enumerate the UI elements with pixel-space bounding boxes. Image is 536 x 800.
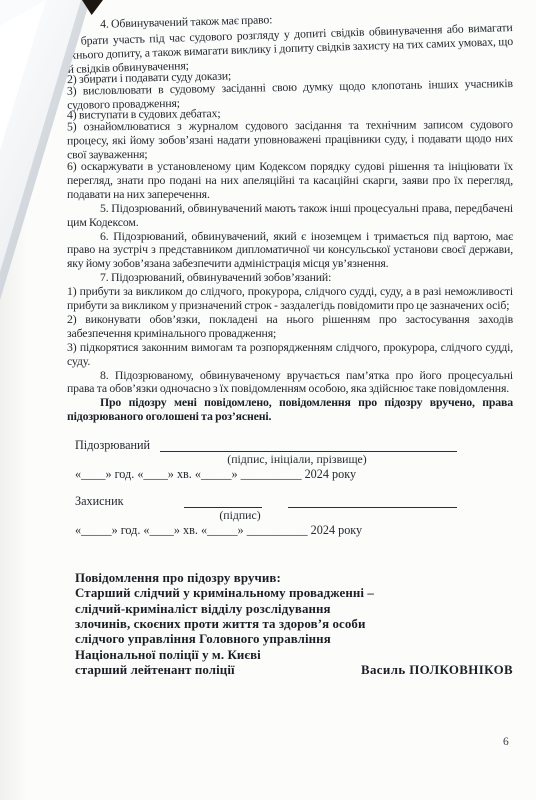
served-by-position-1: Старший слідчий у кримінальному провадже… [75, 586, 513, 601]
document-body: 4. Обвинувачений також має право: 1) бра… [67, 7, 513, 424]
served-by-name: Василь ПОЛКОВНІКОВ [361, 663, 513, 678]
suspect-signature-caption: (підпис, ініціали, прізвище) [75, 452, 457, 466]
section-8: 8. Підозрюваному, обвинуваченому вручаєт… [67, 369, 513, 397]
acknowledgement-statement: Про підозру мені повідомлено, повідомлен… [67, 396, 513, 424]
defender-signature-caption: (підпис) [201, 508, 279, 522]
defender-date-line: «_____» год. «____» хв. «_____» ________… [75, 523, 457, 537]
served-by-position-2: слідчий-криміналіст відділу розслідуванн… [75, 602, 513, 617]
served-by-heading: Повідомлення про підозру вручив: [75, 571, 513, 586]
served-by-position-5: Національної поліції у м. Києві [75, 648, 513, 663]
section-7-heading: 7. Підозрюваний, обвинувачений зобов’яза… [67, 271, 513, 285]
page-number: 6 [503, 736, 509, 748]
defender-signature-row: Захисник [75, 494, 457, 508]
section-5: 5. Підозрюваний, обвинувачений мають так… [67, 202, 513, 230]
suspect-date-line: «____» год. «____» хв. «_____» _________… [75, 467, 457, 481]
section-6: 6. Підозрюваний, обвинувачений, який є і… [67, 230, 513, 272]
suspect-signature-row: Підозрюваний [75, 438, 457, 452]
defender-signature-line [184, 495, 262, 508]
document-content: 4. Обвинувачений також має право: 1) бра… [67, 7, 513, 678]
defender-name-line [288, 495, 457, 508]
suspect-signature-line [160, 439, 457, 452]
served-by-rank-name-row: старший лейтенант поліції Василь ПОЛКОВН… [75, 663, 513, 678]
suspect-label: Підозрюваний [75, 438, 160, 452]
served-by-rank: старший лейтенант поліції [75, 663, 235, 678]
served-by-block: Повідомлення про підозру вручив: Старший… [75, 571, 513, 678]
defender-label: Захисник [75, 494, 124, 508]
scanned-document-page: 4. Обвинувачений також має право: 1) бра… [0, 0, 536, 800]
duty-item-3: 3) підкорятися законним вимогам та розпо… [67, 341, 513, 369]
right-item-5: 5) ознайомлюватися з журналом судового з… [67, 118, 513, 162]
duty-item-2: 2) виконувати обов’язки, покладені на нь… [67, 313, 513, 341]
signature-spacer [75, 481, 457, 494]
served-by-position-4: слідчого управління Головного управління [75, 632, 513, 647]
signature-section: Підозрюваний (підпис, ініціали, прізвище… [75, 438, 457, 537]
right-item-6: 6) оскаржувати в установленому цим Кодек… [67, 160, 513, 202]
duty-item-1: 1) прибути за викликом до слідчого, прок… [67, 285, 513, 313]
served-by-position-3: злочинів, скоєних проти життя та здоров’… [75, 617, 513, 632]
